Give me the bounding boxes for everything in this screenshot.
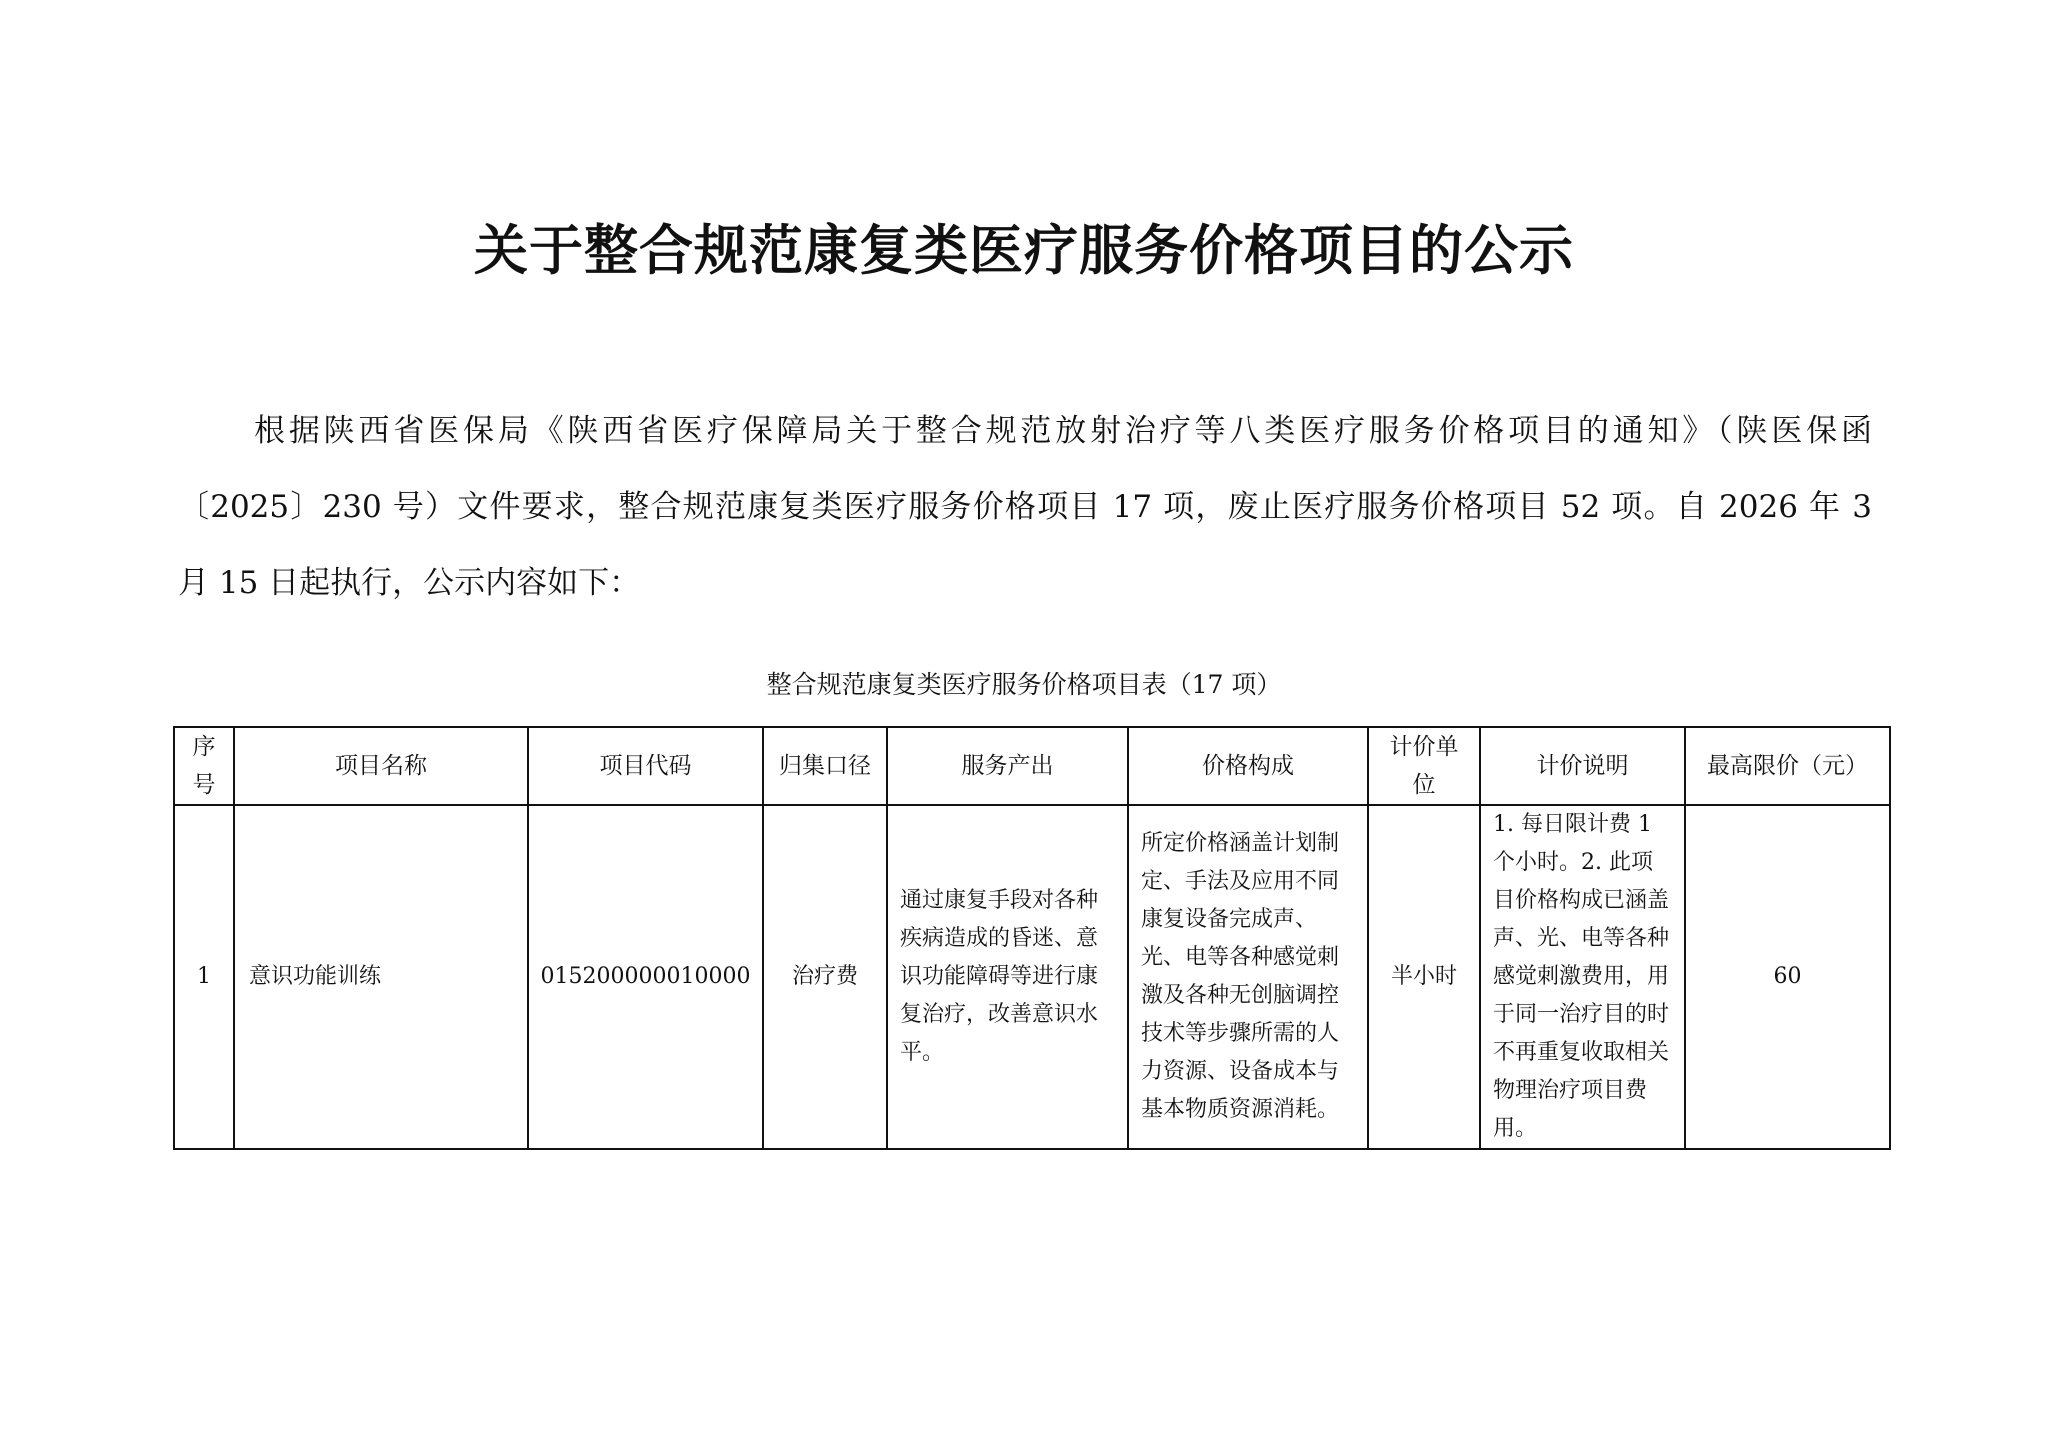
header-unit: 计价单位	[1368, 727, 1480, 805]
cell-price-composition: 所定价格涵盖计划制定、手法及应用不同康复设备完成声、光、电等各种感觉刺激及各种无…	[1128, 805, 1368, 1149]
header-price-composition: 价格构成	[1128, 727, 1368, 805]
cell-index: 1	[174, 805, 234, 1149]
header-name: 项目名称	[234, 727, 528, 805]
table-row: 1 意识功能训练 015200000010000 治疗费 通过康复手段对各种疾病…	[174, 805, 1890, 1149]
notice-paragraph: 根据陕西省医保局《陕西省医疗保障局关于整合规范放射治疗等八类医疗服务价格项目的通…	[178, 393, 1872, 621]
header-category: 归集口径	[763, 727, 887, 805]
cell-unit: 半小时	[1368, 805, 1480, 1149]
price-items-table: 序号 项目名称 项目代码 归集口径 服务产出 价格构成 计价单位 计价说明 最高…	[173, 726, 1891, 1150]
header-max-price: 最高限价（元）	[1685, 727, 1890, 805]
cell-max-price: 60	[1685, 805, 1890, 1149]
paragraph-line: 〔2025〕230 号）文件要求，整合规范康复类医疗服务价格项目 17 项，废止…	[178, 469, 1872, 545]
header-pricing-note: 计价说明	[1480, 727, 1685, 805]
header-index: 序号	[174, 727, 234, 805]
table-caption: 整合规范康复类医疗服务价格项目表（17 项）	[0, 665, 2048, 705]
cell-code: 015200000010000	[528, 805, 763, 1149]
cell-pricing-note: 1. 每日限计费 1 个小时。2. 此项目价格构成已涵盖声、光、电等各种感觉刺激…	[1480, 805, 1685, 1149]
cell-service-output: 通过康复手段对各种疾病造成的昏迷、意识功能障碍等进行康复治疗，改善意识水平。	[887, 805, 1128, 1149]
paragraph-line: 根据陕西省医保局《陕西省医疗保障局关于整合规范放射治疗等八类医疗服务价格项目的通…	[178, 393, 1872, 469]
table-header-row: 序号 项目名称 项目代码 归集口径 服务产出 价格构成 计价单位 计价说明 最高…	[174, 727, 1890, 805]
cell-category: 治疗费	[763, 805, 887, 1149]
header-code: 项目代码	[528, 727, 763, 805]
document-title: 关于整合规范康复类医疗服务价格项目的公示	[0, 218, 2048, 282]
paragraph-line: 月 15 日起执行，公示内容如下：	[178, 545, 1872, 621]
header-service-output: 服务产出	[887, 727, 1128, 805]
cell-name: 意识功能训练	[234, 805, 528, 1149]
